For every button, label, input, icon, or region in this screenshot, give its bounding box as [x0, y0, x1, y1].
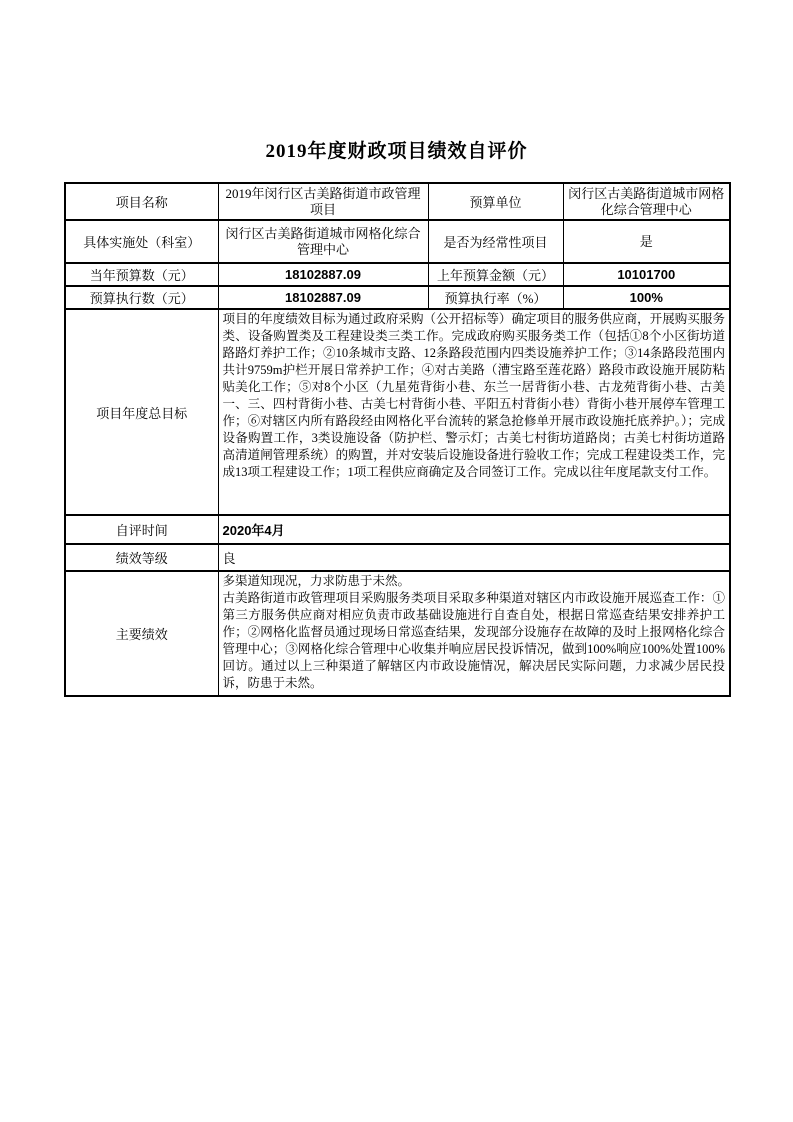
recurrent-project-value: 是	[563, 220, 730, 263]
table-row: 项目名称 2019年闵行区古美路街道市政管理项目 预算单位 闵行区古美路街道城市…	[65, 183, 730, 220]
execution-rate-label: 预算执行率（%）	[428, 286, 563, 309]
table-row: 具体实施处（科室） 闵行区古美路街道城市网格化综合管理中心 是否为经常性项目 是	[65, 220, 730, 263]
document-page: 2019年度财政项目绩效自评价 项目名称 2019年闵行区古美路街道市政管理项目…	[0, 0, 793, 1122]
main-performance-label: 主要绩效	[65, 571, 218, 696]
last-year-budget-label: 上年预算金额（元）	[428, 263, 563, 286]
recurrent-project-label: 是否为经常性项目	[428, 220, 563, 263]
execution-rate-value: 100%	[563, 286, 730, 309]
performance-grade-value: 良	[218, 544, 730, 571]
main-performance-paragraph-2: 古美路街道市政管理项目采购服务类项目采取多种渠道对辖区内市政设施开展巡查工作：①…	[223, 590, 726, 692]
budget-unit-value: 闵行区古美路街道城市网格化综合管理中心	[563, 183, 730, 220]
table-row: 项目年度总目标 项目的年度绩效目标为通过政府采购（公开招标等）确定项目的服务供应…	[65, 309, 730, 515]
annual-goal-text: 项目的年度绩效目标为通过政府采购（公开招标等）确定项目的服务供应商，开展购买服务…	[223, 311, 726, 481]
annual-goal-cell: 项目的年度绩效目标为通过政府采购（公开招标等）确定项目的服务供应商，开展购买服务…	[218, 309, 730, 515]
budget-execution-label: 预算执行数（元）	[65, 286, 218, 309]
budget-unit-label: 预算单位	[428, 183, 563, 220]
last-year-budget-value: 10101700	[563, 263, 730, 286]
main-performance-paragraph-1: 多渠道知现况，力求防患于未然。	[223, 573, 726, 590]
implementing-office-label: 具体实施处（科室）	[65, 220, 218, 263]
performance-grade-label: 绩效等级	[65, 544, 218, 571]
main-performance-cell: 多渠道知现况，力求防患于未然。 古美路街道市政管理项目采购服务类项目采取多种渠道…	[218, 571, 730, 696]
table-row: 主要绩效 多渠道知现况，力求防患于未然。 古美路街道市政管理项目采购服务类项目采…	[65, 571, 730, 696]
table-row: 自评时间 2020年4月	[65, 515, 730, 544]
table-row: 当年预算数（元） 18102887.09 上年预算金额（元） 10101700	[65, 263, 730, 286]
budget-execution-value: 18102887.09	[218, 286, 428, 309]
table-row: 绩效等级 良	[65, 544, 730, 571]
annual-goal-label: 项目年度总目标	[65, 309, 218, 515]
implementing-office-value: 闵行区古美路街道城市网格化综合管理中心	[218, 220, 428, 263]
current-year-budget-value: 18102887.09	[218, 263, 428, 286]
project-name-value: 2019年闵行区古美路街道市政管理项目	[218, 183, 428, 220]
self-eval-date-value: 2020年4月	[218, 515, 730, 544]
performance-self-evaluation-table: 项目名称 2019年闵行区古美路街道市政管理项目 预算单位 闵行区古美路街道城市…	[64, 182, 731, 697]
self-eval-date-label: 自评时间	[65, 515, 218, 544]
table-row: 预算执行数（元） 18102887.09 预算执行率（%） 100%	[65, 286, 730, 309]
current-year-budget-label: 当年预算数（元）	[65, 263, 218, 286]
project-name-label: 项目名称	[65, 183, 218, 220]
page-title: 2019年度财政项目绩效自评价	[0, 136, 793, 163]
